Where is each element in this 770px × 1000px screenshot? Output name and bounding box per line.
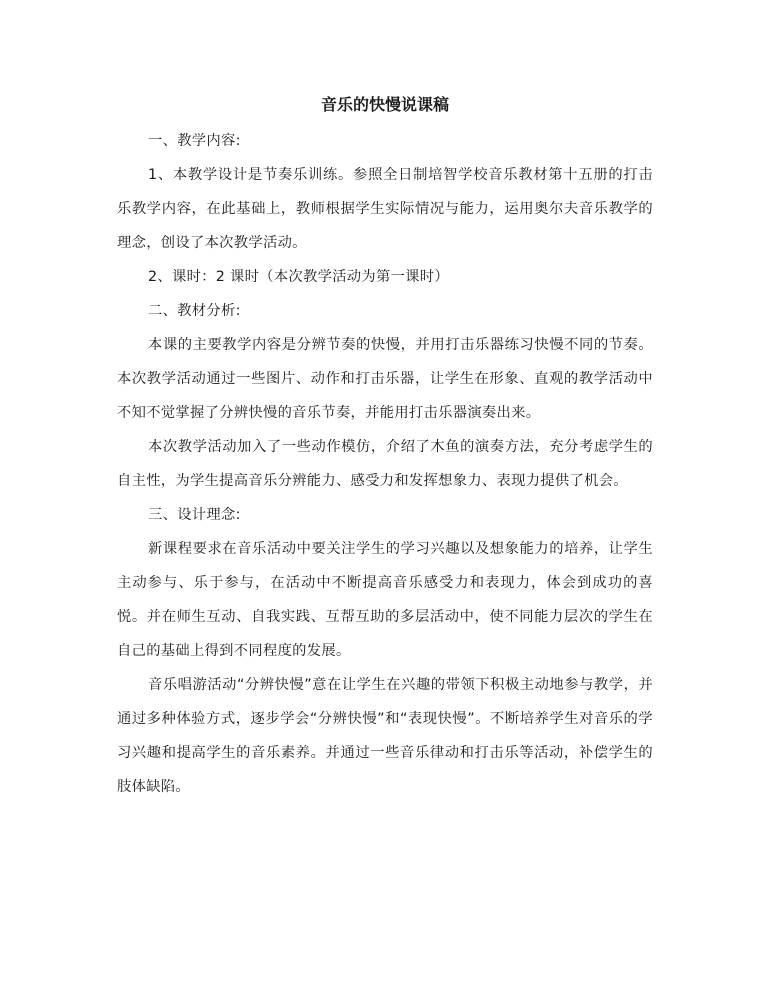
paragraph-main-content: 本课的主要教学内容是分辨节奏的快慢，并用打击乐器练习快慢不同的节奏。本次教学活动… [117, 328, 653, 430]
section-heading-teaching-content: 一、教学内容: [117, 124, 653, 158]
section-heading-design-concept: 三、设计理念: [117, 498, 653, 532]
section-heading-material-analysis: 二、教材分析: [117, 294, 653, 328]
paragraph-curriculum-requirements: 新课程要求在音乐活动中要关注学生的学习兴趣以及想象能力的培养，让学生主动参与、乐… [117, 532, 653, 668]
document-title: 音乐的快慢说课稿 [117, 90, 653, 120]
paragraph-class-hours: 2、课时：2 课时（本次教学活动为第一课时） [117, 260, 653, 294]
paragraph-activity-design: 本次教学活动加入了一些动作模仿，介绍了木鱼的演奏方法，充分考虑学生的自主性，为学… [117, 430, 653, 498]
paragraph-activity-purpose: 音乐唱游活动“分辨快慢”意在让学生在兴趣的带领下积极主动地参与教学，并通过多种体… [117, 668, 653, 804]
paragraph-teaching-design: 1、本教学设计是节奏乐训练。参照全日制培智学校音乐教材第十五册的打击乐教学内容，… [117, 158, 653, 260]
document-page: 音乐的快慢说课稿 一、教学内容: 1、本教学设计是节奏乐训练。参照全日制培智学校… [117, 90, 653, 804]
